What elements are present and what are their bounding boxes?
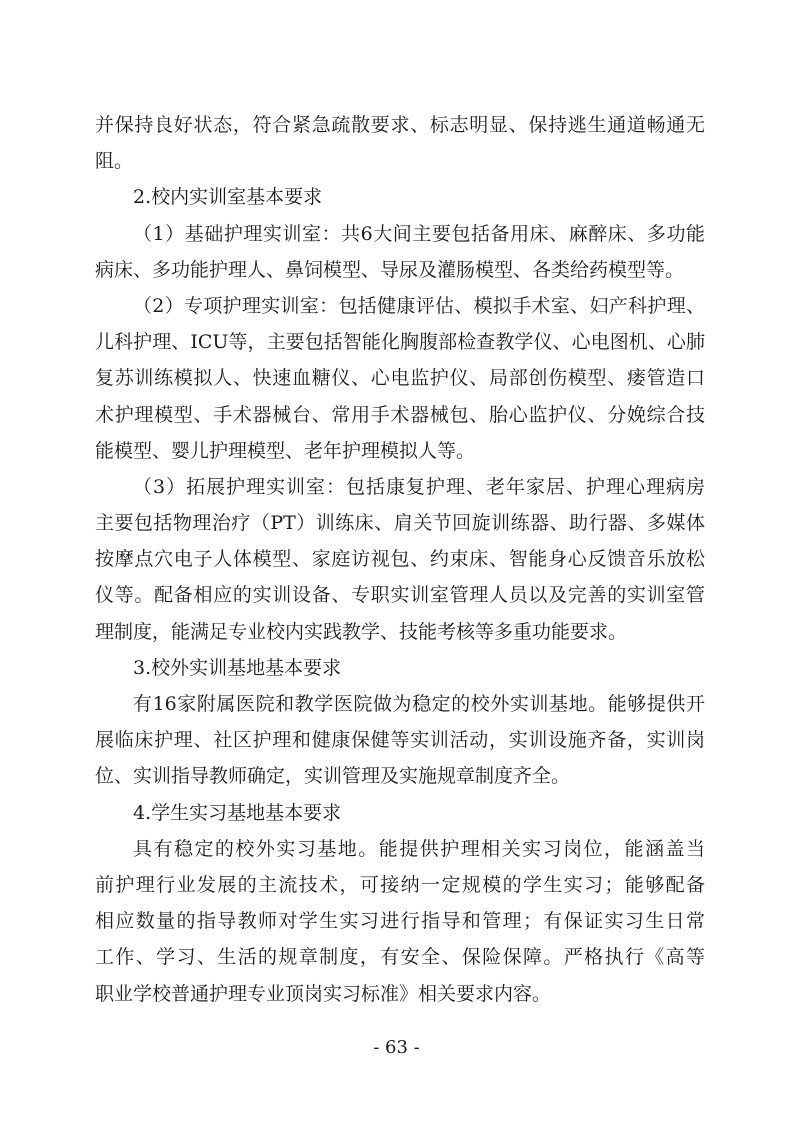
text-line: 理制度，能满足专业校内实践教学、技能考核等多重功能要求。 — [95, 614, 705, 650]
text-line: 主要包括物理治疗（PT）训练床、肩关节回旋训练器、助行器、多媒体 — [95, 505, 705, 541]
text-line: 工作、学习、生活的规章制度，有安全、保险保障。严格执行《高等 — [95, 939, 705, 975]
text-line: 4.学生实习基地基本要求 — [95, 795, 705, 831]
text-line: 术护理模型、手术器械台、常用手术器械包、胎心监护仪、分娩综合技 — [95, 397, 705, 433]
text-line: 职业学校普通护理专业顶岗实习标准》相关要求内容。 — [95, 976, 705, 1012]
text-line: 按摩点穴电子人体模型、家庭访视包、约束床、智能身心反馈音乐放松 — [95, 541, 705, 577]
text-line: 有16家附属医院和教学医院做为稳定的校外实训基地。能够提供开 — [95, 686, 705, 722]
text-line: 阻。 — [95, 143, 705, 179]
text-line: 儿科护理、ICU等，主要包括智能化胸腹部检查教学仪、心电图机、心肺 — [95, 324, 705, 360]
text-line: 仪等。配备相应的实训设备、专职实训室管理人员以及完善的实训室管 — [95, 577, 705, 613]
page-number: - 63 - — [373, 1037, 420, 1058]
document-body: 并保持良好状态，符合紧急疏散要求、标志明显、保持逃生通道畅通无阻。2.校内实训室… — [95, 107, 705, 1012]
text-line: 3.校外实训基地基本要求 — [95, 650, 705, 686]
text-line: 位、实训指导教师确定，实训管理及实施规章制度齐全。 — [95, 758, 705, 794]
text-line: 展临床护理、社区护理和健康保健等实训活动，实训设施齐备，实训岗 — [95, 722, 705, 758]
page-footer: - 63 - — [0, 1036, 793, 1060]
text-line: 2.校内实训室基本要求 — [95, 179, 705, 215]
text-line: （3）拓展护理实训室：包括康复护理、老年家居、护理心理病房等； — [95, 469, 705, 505]
text-line: 相应数量的指导教师对学生实习进行指导和管理；有保证实习生日常 — [95, 903, 705, 939]
text-line: 能模型、婴儿护理模型、老年护理模拟人等。 — [95, 433, 705, 469]
text-line: 复苏训练模拟人、快速血糖仪、心电监护仪、局部创伤模型、瘘管造口 — [95, 360, 705, 396]
text-line: （2）专项护理实训室：包括健康评估、模拟手术室、妇产科护理、 — [95, 288, 705, 324]
text-line: 前护理行业发展的主流技术，可接纳一定规模的学生实习；能够配备 — [95, 867, 705, 903]
text-line: 具有稳定的校外实习基地。能提供护理相关实习岗位，能涵盖当 — [95, 831, 705, 867]
page: 并保持良好状态，符合紧急疏散要求、标志明显、保持逃生通道畅通无阻。2.校内实训室… — [0, 0, 793, 1122]
text-line: 病床、多功能护理人、鼻饲模型、导尿及灌肠模型、各类给药模型等。 — [95, 252, 705, 288]
text-line: 并保持良好状态，符合紧急疏散要求、标志明显、保持逃生通道畅通无 — [95, 107, 705, 143]
text-line: （1）基础护理实训室：共6大间主要包括备用床、麻醉床、多功能 — [95, 216, 705, 252]
